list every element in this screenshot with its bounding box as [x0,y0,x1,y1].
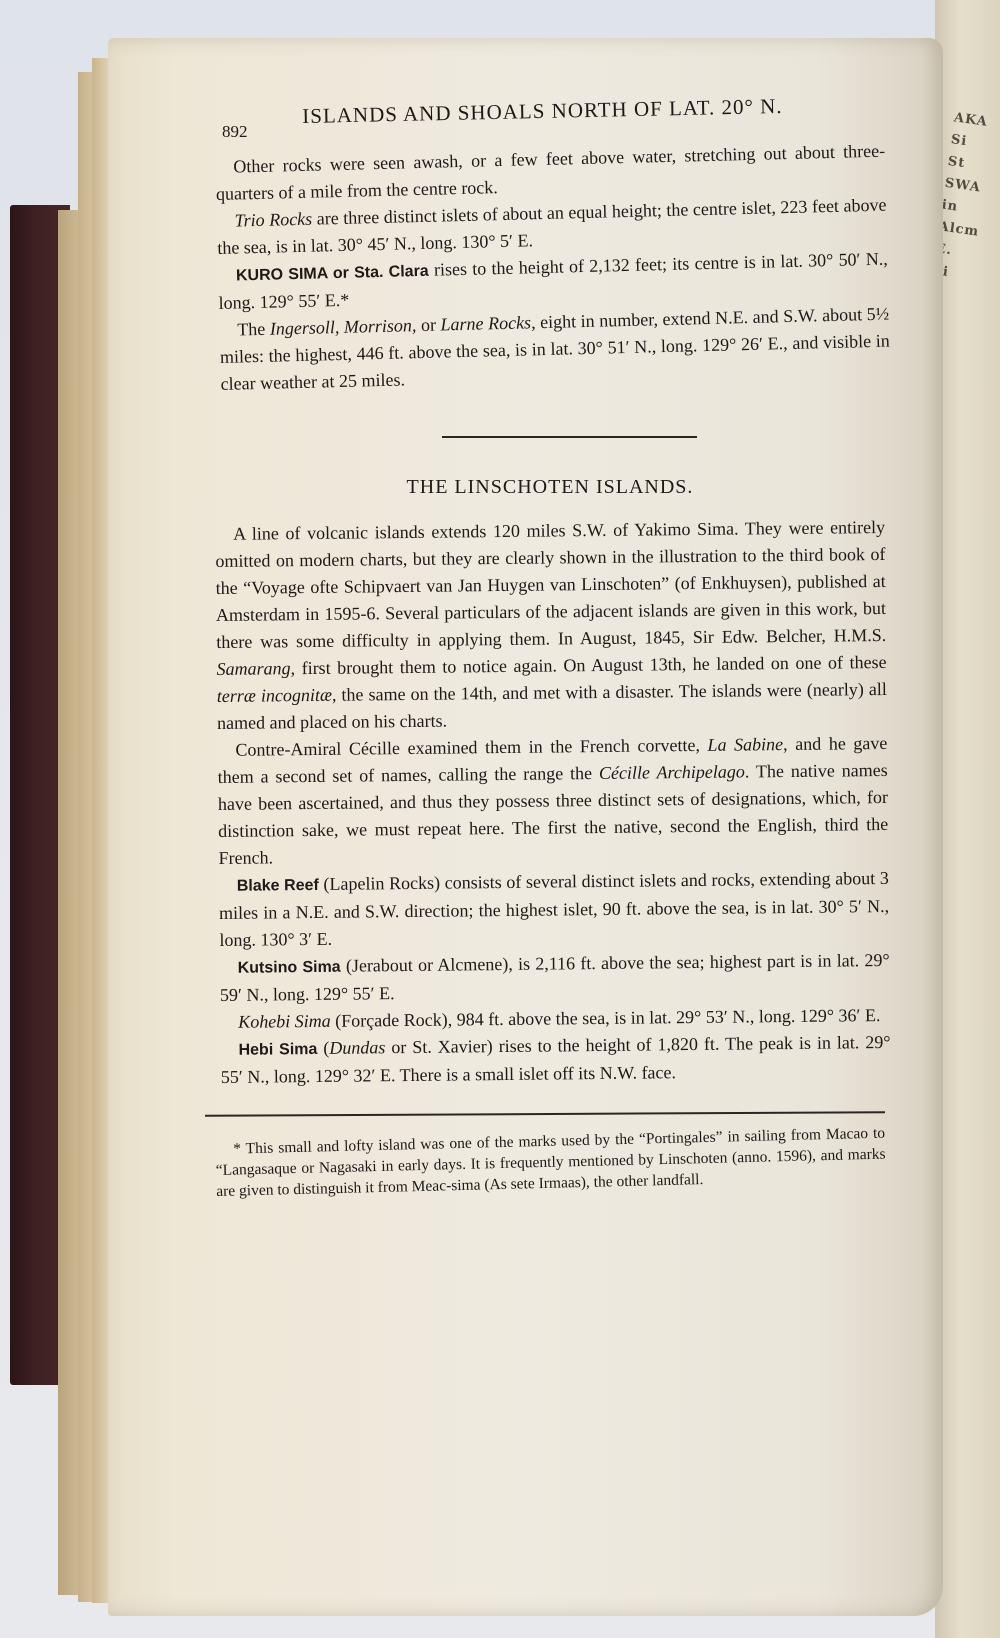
running-head: 892 ISLANDS AND SHOALS NORTH OF LAT. 20°… [215,100,885,140]
text-run: The [237,319,270,340]
italic-text-run: Samarang [216,658,290,679]
paragraph: A line of volcanic islands extends 120 m… [215,514,887,737]
paragraph: Blake Reef (Lapelin Rocks) consists of s… [219,865,890,954]
italic-text-run: Trio Rocks [234,209,312,231]
footnote-text: This small and lofty island was one of t… [216,1125,886,1200]
footnote: * This small and lofty island was one of… [215,1123,886,1202]
bold-text-run: Blake Reef [237,877,319,895]
italic-text-run: Kohebi Sima [238,1011,331,1032]
bold-text-run: Kutsino Sima [238,959,341,977]
text-run: or [416,315,441,336]
bold-text-run: Hebi Sima [238,1041,317,1059]
footnote-rule [205,1111,885,1117]
opening-paragraphs: Other rocks were seen awash, or a few fe… [215,138,891,398]
italic-text-run: Larne Rocks [440,312,531,334]
section-divider [442,436,697,438]
page-content: 892 ISLANDS AND SHOALS NORTH OF LAT. 20°… [215,100,885,1202]
adjacent-page: AKA Si St SWA in Alcm E. Si [935,0,1000,1638]
text-run: (Forçade Rock), 984 ft. above the sea, i… [331,1005,881,1031]
italic-text-run: Ingersoll, Morrison, [270,315,417,339]
italic-text-run: Dundas [329,1037,385,1058]
section-paragraphs: A line of volcanic islands extends 120 m… [215,514,891,1091]
paragraph: Contre-Amiral Cécille examined them in t… [217,730,888,872]
paragraph: Hebi Sima (Dundas or St. Xavier) rises t… [220,1029,891,1091]
text-run: Contre-Amiral Cécille examined them in t… [235,735,707,760]
italic-text-run: La Sabine [707,734,783,755]
paragraph: The Ingersoll, Morrison, or Larne Rocks,… [219,301,891,398]
text-run: A line of volcanic islands extends 120 m… [215,517,886,652]
footnote-marker: * [233,1140,241,1157]
text-run: ( [317,1038,329,1058]
page-number: 892 [222,122,248,142]
bold-text-run: KURO SIMA or Sta. Clara [236,263,429,285]
text-run: , first brought them to notice again. On… [290,652,886,678]
paragraph: Kutsino Sima (Jerabout or Alcmene), is 2… [220,947,891,1009]
section-title: THE LINSCHOTEN ISLANDS. [215,476,885,499]
running-head-title: ISLANDS AND SHOALS NORTH OF LAT. 20° N. [302,94,783,129]
italic-text-run: terræ incognitæ [217,685,332,706]
italic-text-run: Cécille Archipelago [599,761,745,783]
text-run: (Lapelin Rocks) consists of several dist… [219,868,889,950]
